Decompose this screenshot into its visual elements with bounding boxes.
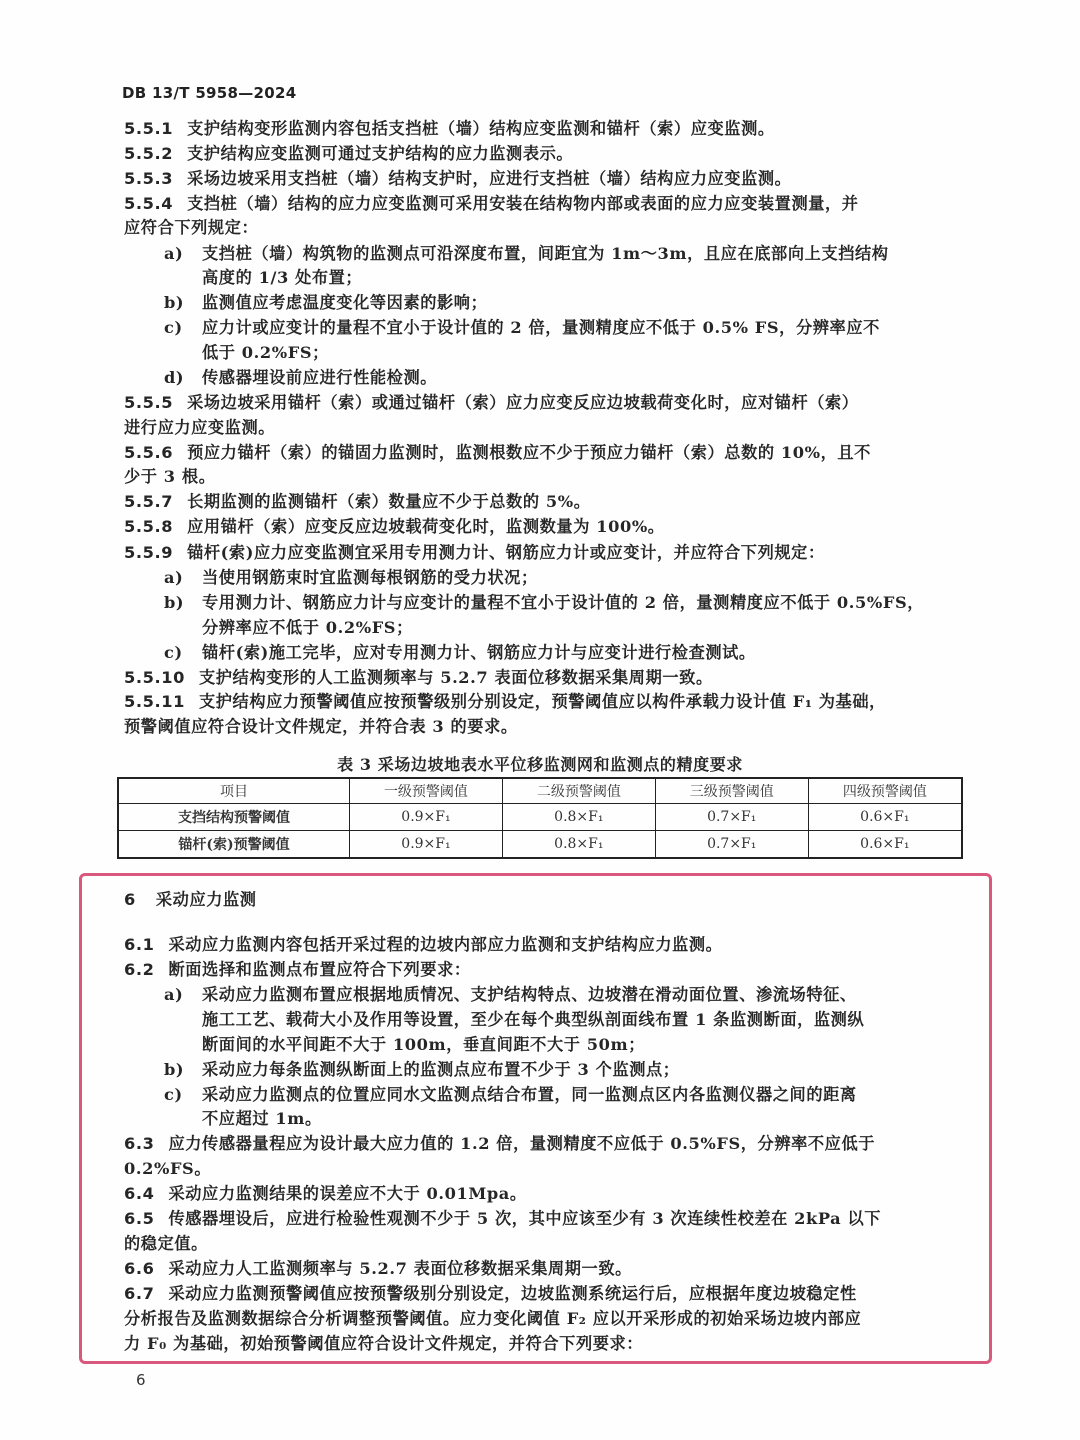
clause-6-5-cont: 的稳定值。: [124, 1232, 208, 1257]
clause-6-4: 6.4采动应力监测结果的误差应不大于 0.01Mpa。: [124, 1182, 527, 1207]
table-3: 项目 一级预警阈值 二级预警阈值 三级预警阈值 四级预警阈值 支挡结构预警阈值 …: [117, 777, 963, 859]
table-row: 锚杆(索)预警阈值 0.9×F₁ 0.8×F₁ 0.7×F₁ 0.6×F₁: [118, 831, 962, 859]
clause-6-7-cont1: 分析报告及监测数据综合分析调整预警阈值。应力变化阈值 F₂ 应以开采形成的初始采…: [124, 1307, 861, 1332]
table-header-cell: 项目: [118, 778, 350, 804]
table-cell: 0.9×F₁: [350, 831, 503, 859]
clause-5-5-10: 5.5.10支护结构变形的人工监测频率与 5.2.7 表面位移数据采集周期一致。: [124, 666, 713, 691]
clause-6-2-a: a)采动应力监测布置应根据地质情况、支护结构特点、边坡潜在滑动面位置、渗流场特征…: [164, 983, 857, 1008]
clause-5-5-4-cont: 应符合下列规定：: [124, 216, 258, 241]
table-row: 支挡结构预警阈值 0.9×F₁ 0.8×F₁ 0.7×F₁ 0.6×F₁: [118, 804, 962, 831]
clause-5-5-6: 5.5.6预应力锚杆（索）的锚固力监测时，监测根数应不少于预应力锚杆（索）总数的…: [124, 441, 871, 466]
clause-6-2-c-cont: 不应超过 1m。: [202, 1107, 322, 1132]
table-cell: 0.8×F₁: [502, 831, 655, 859]
clause-5-5-5-cont: 进行应力应变监测。: [124, 416, 275, 441]
table-header-cell: 一级预警阈值: [350, 778, 503, 804]
clause-5-5-9-b-cont: 分辨率应不低于 0.2%FS；: [202, 616, 413, 641]
clause-5-5-11: 5.5.11支护结构应力预警阈值应按预警级别分别设定，预警阈值应以构件承载力设计…: [124, 690, 886, 715]
clause-6-3: 6.3应力传感器量程应为设计最大应力值的 1.2 倍，量测精度不应低于 0.5%…: [124, 1132, 875, 1157]
clause-5-5-9-a: a)当使用钢筋束时宜监测每根钢筋的受力状况；: [164, 566, 538, 591]
table-header-cell: 二级预警阈值: [502, 778, 655, 804]
clause-6-2-b: b)采动应力每条监测纵断面上的监测点应布置不少于 3 个监测点；: [164, 1058, 680, 1083]
clause-5-5-9-c: c)锚杆(索)施工完毕，应对专用测力计、钢筋应力计与应变计进行检查测试。: [164, 641, 756, 666]
clause-5-5-9: 5.5.9锚杆(索)应力应变监测宜采用专用测力计、钢筋应力计或应变计，并应符合下…: [124, 541, 825, 566]
clause-6-1: 6.1采动应力监测内容包括开采过程的边坡内部应力监测和支护结构应力监测。: [124, 933, 722, 958]
section-6-title: 6采动应力监测: [124, 888, 257, 913]
table-cell: 0.6×F₁: [808, 831, 962, 859]
clause-5-5-4-a: a)支挡桩（墙）构筑物的监测点可沿深度布置，间距宜为 1m～3m，且应在底部向上…: [164, 242, 889, 267]
table-cell: 0.9×F₁: [350, 804, 503, 831]
clause-5-5-4-c: c)应力计或应变计的量程不宜小于设计值的 2 倍，量测精度应不低于 0.5% F…: [164, 316, 880, 341]
clause-5-5-5: 5.5.5采场边坡采用锚杆（索）或通过锚杆（索）应力应变反应边坡载荷变化时，应对…: [124, 391, 859, 416]
clause-5-5-3: 5.5.3采场边坡采用支挡桩（墙）结构支护时，应进行支挡桩（墙）结构应力应变监测…: [124, 167, 791, 192]
clause-6-2: 6.2断面选择和监测点布置应符合下列要求：: [124, 958, 471, 983]
clause-5-5-9-b: b)专用测力计、钢筋应力计与应变计的量程不宜小于设计值的 2 倍，量测精度应不低…: [164, 591, 924, 616]
clause-5-5-8: 5.5.8应用锚杆（索）应变反应边坡载荷变化时，监测数量为 100%。: [124, 515, 665, 540]
clause-5-5-4-d: d)传感器埋设前应进行性能检测。: [164, 366, 437, 391]
clause-6-5: 6.5传感器埋设后，应进行检验性观测不少于 5 次，其中应该至少有 3 次连续性…: [124, 1207, 881, 1232]
table-cell: 支挡结构预警阈值: [118, 804, 350, 831]
table-header-cell: 四级预警阈值: [808, 778, 962, 804]
clause-6-6: 6.6采动应力人工监测频率与 5.2.7 表面位移数据采集周期一致。: [124, 1257, 632, 1282]
page-number: 6: [136, 1371, 146, 1389]
clause-5-5-4-c-cont: 低于 0.2%FS；: [202, 341, 329, 366]
clause-5-5-4-a-cont: 高度的 1/3 处布置；: [202, 266, 362, 291]
clause-6-2-c: c)采动应力监测点的位置应同水文监测点结合布置，同一监测点区内各监测仪器之间的距…: [164, 1083, 857, 1108]
clause-5-5-2: 5.5.2支护结构应变监测可通过支护结构的应力监测表示。: [124, 142, 573, 167]
clause-5-5-6-cont: 少于 3 根。: [124, 465, 215, 490]
clause-5-5-1: 5.5.1支护结构变形监测内容包括支挡桩（墙）结构应变监测和锚杆（索）应变监测。: [124, 117, 775, 142]
table-header-cell: 三级预警阈值: [655, 778, 808, 804]
clause-6-3-cont: 0.2%FS。: [124, 1157, 211, 1182]
table-cell: 0.8×F₁: [502, 804, 655, 831]
document-page: DB 13/T 5958—2024 5.5.1支护结构变形监测内容包括支挡桩（墙…: [0, 0, 1080, 1440]
clause-5-5-7: 5.5.7长期监测的监测锚杆（索）数量应不少于总数的 5%。: [124, 490, 591, 515]
clause-6-7-cont2: 力 F₀ 为基础，初始预警阈值应符合设计文件规定，并符合下列要求：: [124, 1332, 643, 1357]
clause-6-2-a-cont2: 断面间的水平间距不大于 100m，垂直间距不大于 50m；: [202, 1033, 645, 1058]
clause-5-5-11-cont: 预警阈值应符合设计文件规定，并符合表 3 的要求。: [124, 715, 518, 740]
clause-6-7: 6.7采动应力监测预警阈值应按预警级别分别设定，边坡监测系统运行后，应根据年度边…: [124, 1282, 857, 1307]
table-header-row: 项目 一级预警阈值 二级预警阈值 三级预警阈值 四级预警阈值: [118, 778, 962, 804]
clause-5-5-4-b: b)监测值应考虑温度变化等因素的影响；: [164, 291, 487, 316]
clause-5-5-4: 5.5.4支挡桩（墙）结构的应力应变监测可采用安装在结构物内部或表面的应力应变装…: [124, 192, 859, 217]
table-3-title: 表 3 采场边坡地表水平位移监测网和监测点的精度要求: [0, 752, 1080, 775]
standard-code: DB 13/T 5958—2024: [122, 84, 297, 102]
clause-6-2-a-cont1: 施工工艺、载荷大小及作用等设置，至少在每个典型纵剖面线布置 1 条监测断面，监测…: [202, 1008, 864, 1033]
table-cell: 0.6×F₁: [808, 804, 962, 831]
table-cell: 0.7×F₁: [655, 831, 808, 859]
table-cell: 锚杆(索)预警阈值: [118, 831, 350, 859]
table-cell: 0.7×F₁: [655, 804, 808, 831]
